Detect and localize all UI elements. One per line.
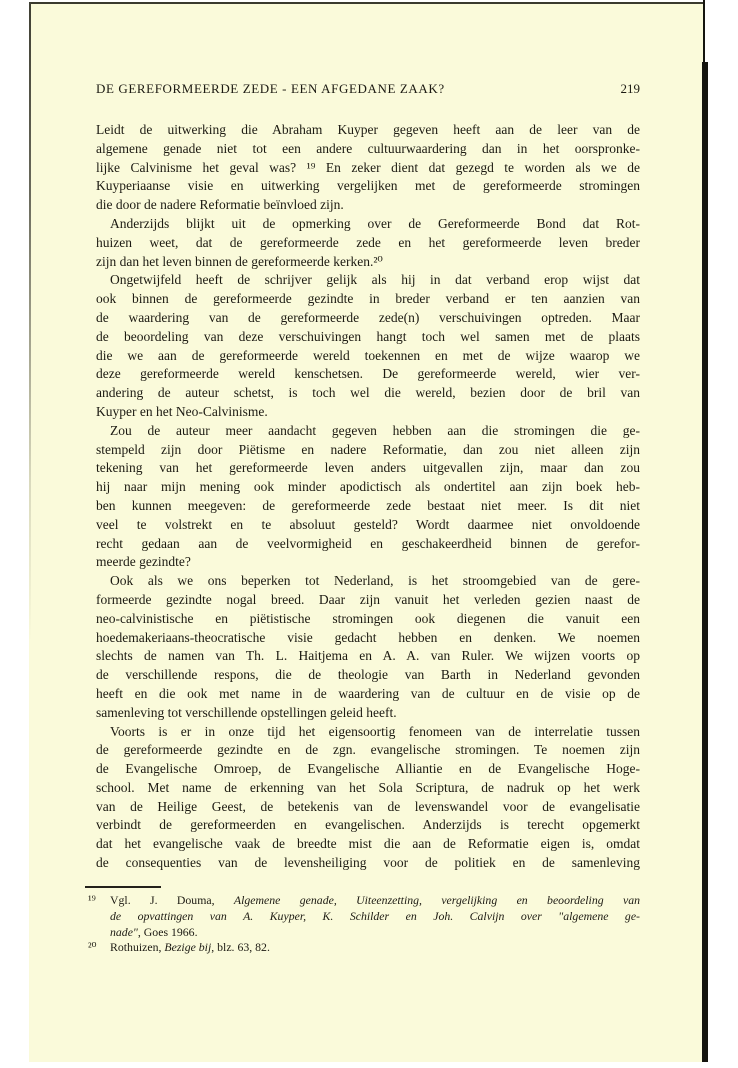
paragraph: Ongetwijfeld heeft de schrijver gelijk a… xyxy=(96,271,640,421)
page-top-edge-line xyxy=(29,2,703,4)
running-header-title: DE GEREFORMEERDE ZEDE - EEN AFGEDANE ZAA… xyxy=(96,81,445,97)
footnote-separator xyxy=(85,886,161,888)
footnote-marker: ¹⁹ xyxy=(88,893,96,909)
page-left-edge-line xyxy=(29,2,31,642)
footnote-text-segment: , blz. 63, 82. xyxy=(211,940,270,954)
text-line: verbindt de gereformeerden en evangelisc… xyxy=(96,816,640,835)
scan-right-edge-thin xyxy=(703,0,705,62)
text-line: hij naar mijn mening ook minder apodicti… xyxy=(96,478,640,497)
text-line: neo-calvinistische en piëtistische strom… xyxy=(96,610,640,629)
text-line: tekening van het gereformeerde leven and… xyxy=(96,459,640,478)
footnote-text-segment: , Goes 1966. xyxy=(138,925,198,939)
footnote-text-segment: de opvattingen van A. Kuyper, K. Schilde… xyxy=(110,909,640,923)
footnote-text-segment: nade" xyxy=(110,925,138,939)
text-line: die door de nadere Reformatie beïnvloed … xyxy=(96,196,640,215)
text-line: dat het evangelische vaak de breedte mis… xyxy=(96,835,640,854)
text-line: meerde gezindte? xyxy=(96,553,640,572)
text-line: Voorts is er in onze tijd het eigensoort… xyxy=(96,723,640,742)
text-line: de verschillende respons, die de theolog… xyxy=(96,666,640,685)
text-line: lijke Calvinisme het geval was? ¹⁹ En ze… xyxy=(96,159,640,178)
text-line: algemene genade niet tot een andere cult… xyxy=(96,140,640,159)
text-line: Kuyper en het Neo-Calvinisme. xyxy=(96,403,640,422)
text-line: Kuyperiaanse visie en uitwerking vergeli… xyxy=(96,177,640,196)
text-line: de beoordeling van deze verschuivingen h… xyxy=(96,328,640,347)
footnote-text-segment: Vgl. J. Douma, xyxy=(110,893,234,907)
text-line: de gereformeerde gezindte en de zgn. eva… xyxy=(96,741,640,760)
text-line: Anderzijds blijkt uit de opmerking over … xyxy=(96,215,640,234)
paragraph: Zou de auteur meer aandacht gegeven hebb… xyxy=(96,422,640,572)
paragraph: Leidt de uitwerking die Abraham Kuyper g… xyxy=(96,121,640,215)
text-line: van de Heilige Geest, de betekenis van d… xyxy=(96,798,640,817)
text-line: hoedemakeriaans-theocratische visie geda… xyxy=(96,629,640,648)
text-line: de waardering van de gereformeerde zede(… xyxy=(96,309,640,328)
footnote-marker: ²⁰ xyxy=(88,940,96,956)
text-line: slechts de namen van Th. L. Haitjema en … xyxy=(96,647,640,666)
text-line: Ongetwijfeld heeft de schrijver gelijk a… xyxy=(96,271,640,290)
text-line: Leidt de uitwerking die Abraham Kuyper g… xyxy=(96,121,640,140)
footnote-line: de opvattingen van A. Kuyper, K. Schilde… xyxy=(110,909,640,925)
footnote-text-segment: Bezige bij xyxy=(164,940,211,954)
text-line: zijn dan het leven binnen de gereformeer… xyxy=(96,253,640,272)
text-line: andering de auteur schetst, is toch wel … xyxy=(96,384,640,403)
text-line: veel te volstrekt en te absoluut gesteld… xyxy=(96,516,640,535)
footnote-line: nade", Goes 1966. xyxy=(110,925,640,941)
running-header: DE GEREFORMEERDE ZEDE - EEN AFGEDANE ZAA… xyxy=(96,81,640,97)
scanned-page: DE GEREFORMEERDE ZEDE - EEN AFGEDANE ZAA… xyxy=(0,0,738,1068)
footnote-line: Vgl. J. Douma, Algemene genade, Uiteenze… xyxy=(110,893,640,909)
text-line: recht gedaan aan de veelvormigheid en ge… xyxy=(96,535,640,554)
footnote-text-segment: Algemene genade, Uiteenzetting, vergelij… xyxy=(234,893,640,907)
footnote-line: Rothuizen, Bezige bij, blz. 63, 82. xyxy=(110,940,640,956)
page-body: Leidt de uitwerking die Abraham Kuyper g… xyxy=(96,121,640,873)
text-line: ook binnen de gereformeerde gezindte in … xyxy=(96,290,640,309)
scan-right-edge xyxy=(702,62,708,1062)
text-line: huizen weet, dat de gereformeerde zede e… xyxy=(96,234,640,253)
text-line: de Evangelische Omroep, de Evangelische … xyxy=(96,760,640,779)
text-line: school. Met name de erkenning van het So… xyxy=(96,779,640,798)
text-line: die we aan de gereformeerde wereld toeke… xyxy=(96,347,640,366)
text-line: stempeld zijn door Piëtisme en nadere Re… xyxy=(96,441,640,460)
text-line: formeerde gezindte nogal breed. Daar zij… xyxy=(96,591,640,610)
text-line: deze gereformeerde wereld kenschetsen. D… xyxy=(96,365,640,384)
footnote: ¹⁹Vgl. J. Douma, Algemene genade, Uiteen… xyxy=(87,893,640,940)
book-page: DE GEREFORMEERDE ZEDE - EEN AFGEDANE ZAA… xyxy=(29,2,703,1062)
footnote: ²⁰Rothuizen, Bezige bij, blz. 63, 82. xyxy=(87,940,640,956)
text-line: samenleving tot verschillende opstelling… xyxy=(96,704,640,723)
text-line: de consequenties van de levensheiliging … xyxy=(96,854,640,873)
footnote-text-segment: Rothuizen, xyxy=(110,940,164,954)
paragraph: Anderzijds blijkt uit de opmerking over … xyxy=(96,215,640,271)
text-line: heeft en die ook met name in de waarderi… xyxy=(96,685,640,704)
paragraph: Ook als we ons beperken tot Nederland, i… xyxy=(96,572,640,722)
text-line: Ook als we ons beperken tot Nederland, i… xyxy=(96,572,640,591)
text-line: Zou de auteur meer aandacht gegeven hebb… xyxy=(96,422,640,441)
footnotes: ¹⁹Vgl. J. Douma, Algemene genade, Uiteen… xyxy=(87,893,640,956)
text-line: ben kunnen meegeven: de gereformeerde ze… xyxy=(96,497,640,516)
paragraph: Voorts is er in onze tijd het eigensoort… xyxy=(96,723,640,873)
page-number: 219 xyxy=(621,81,641,97)
